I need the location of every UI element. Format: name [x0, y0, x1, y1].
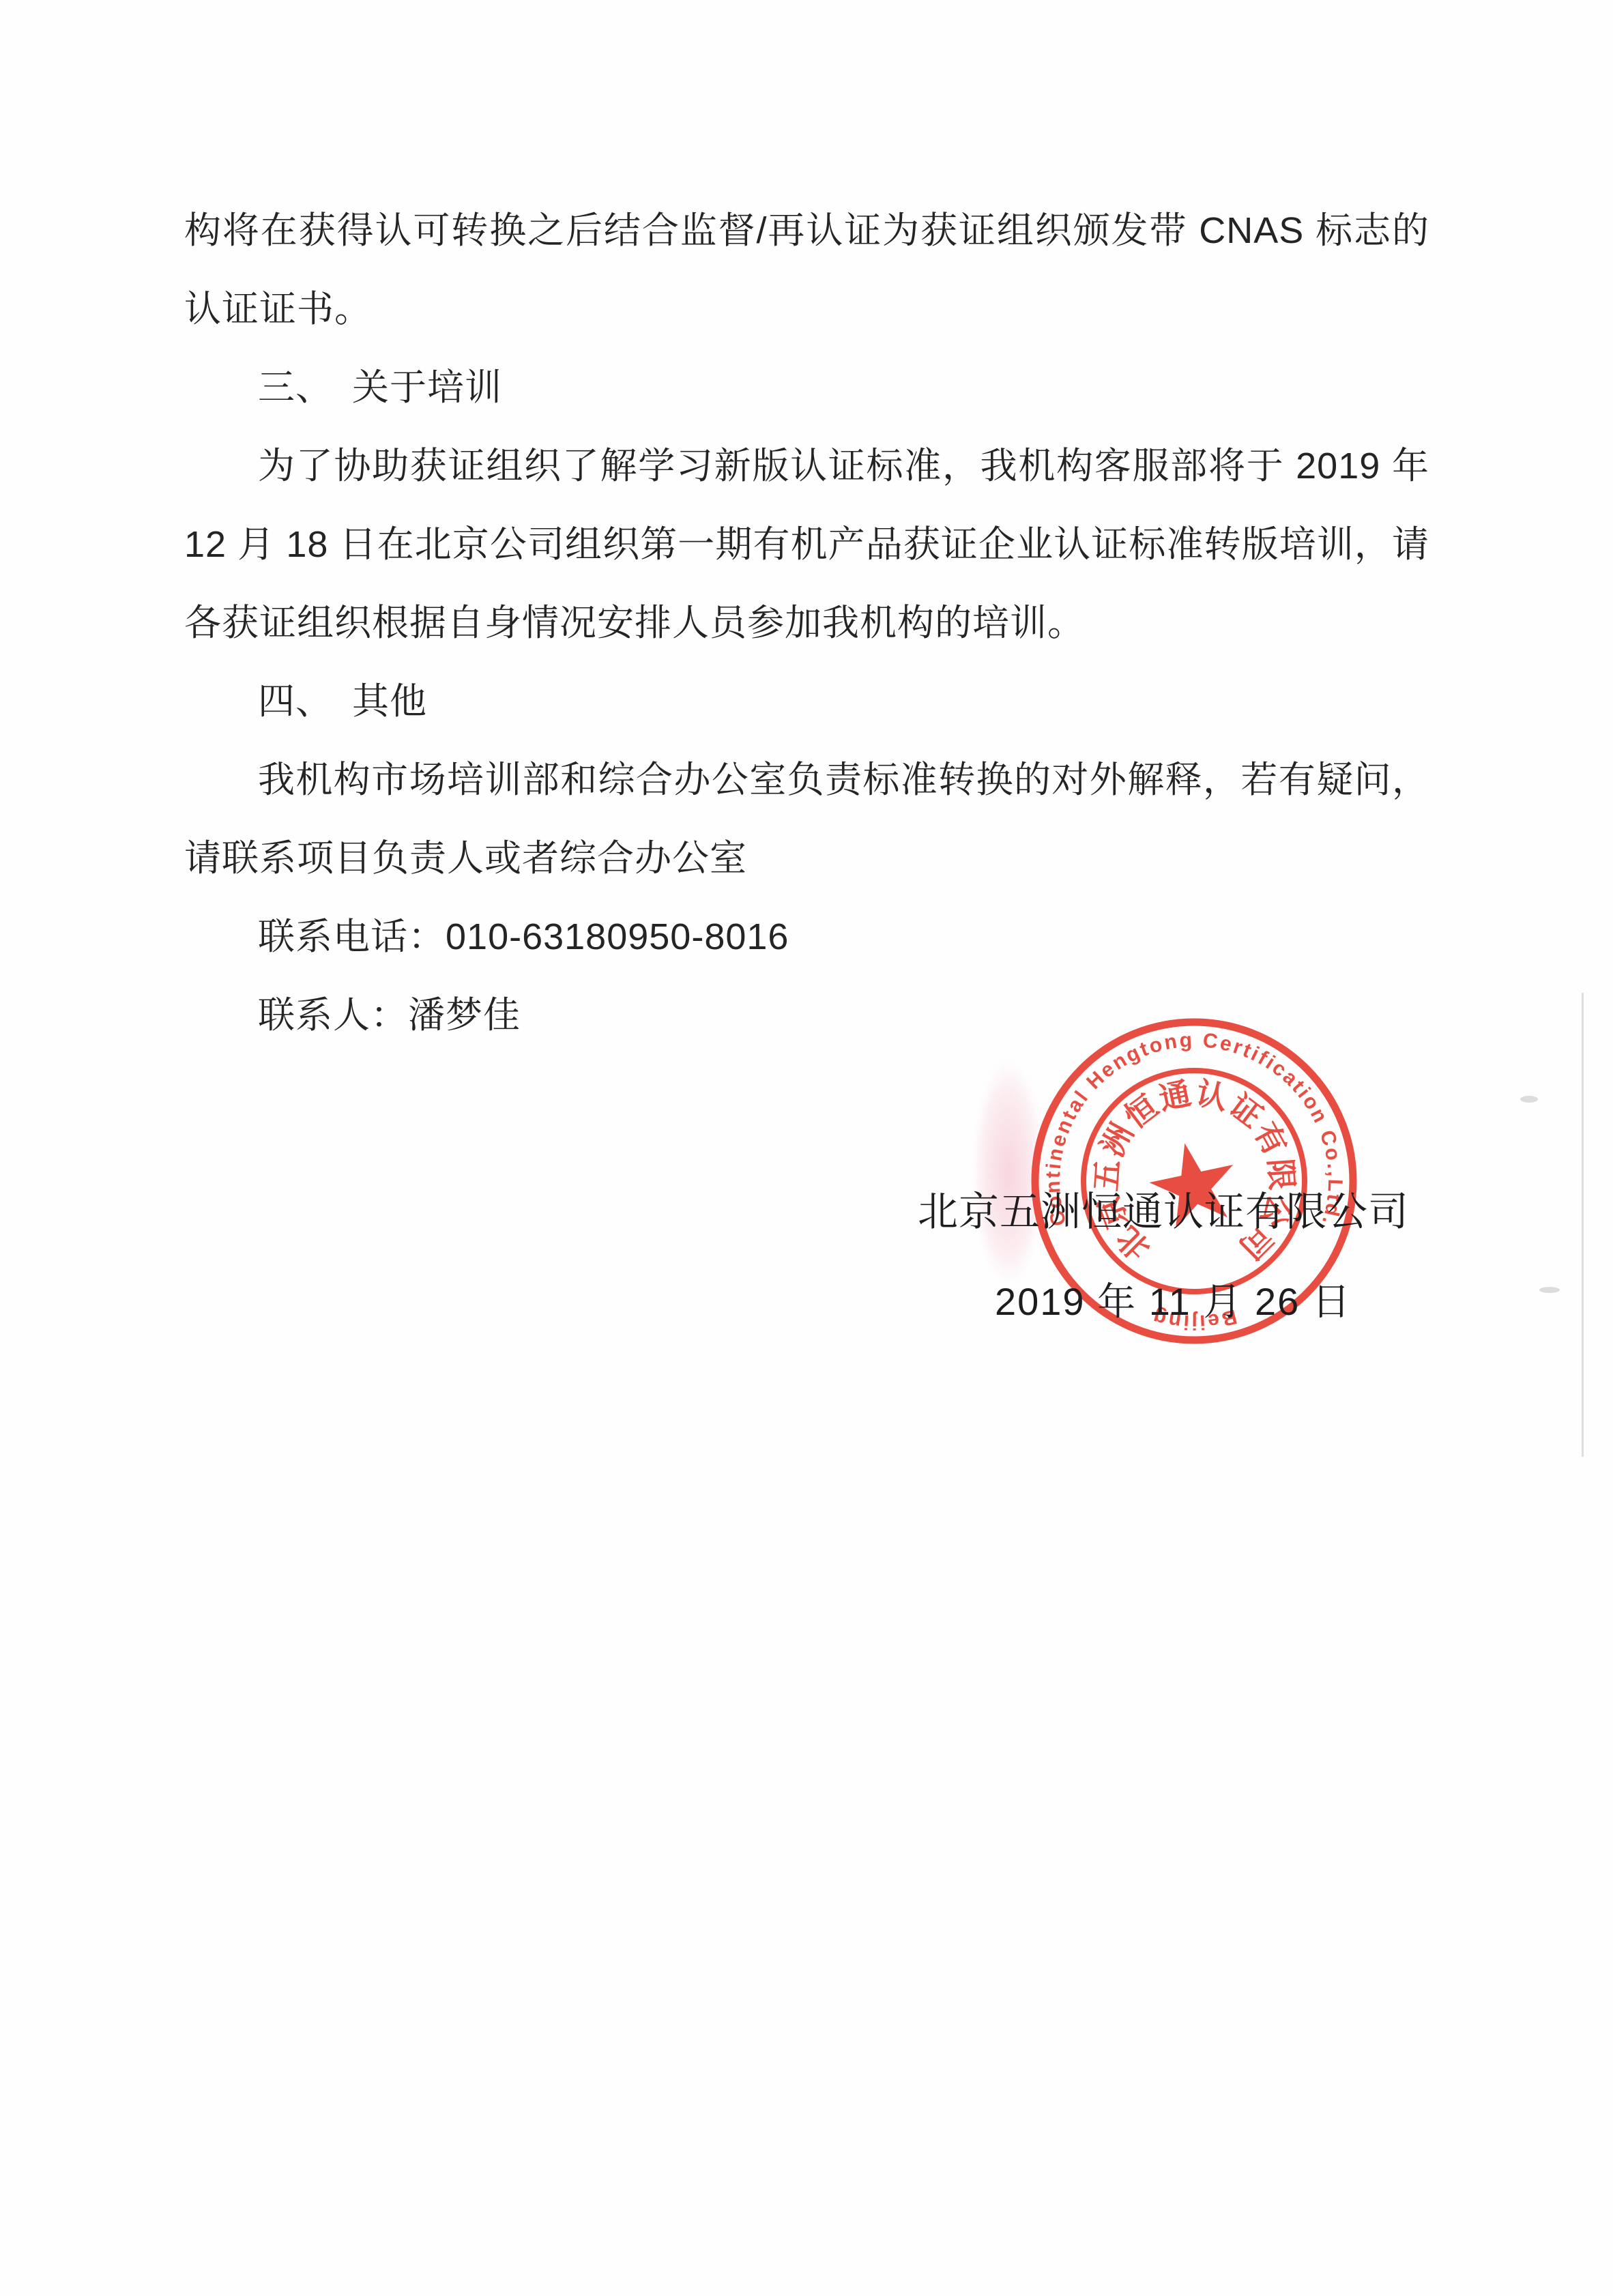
- body-line: 我机构市场培训部和综合办公室负责标准转换的对外解释，若有疑问，: [184, 756, 1429, 815]
- body-line: 各获证组织根据自身情况安排人员参加我机构的培训。: [184, 599, 1429, 658]
- contact-phone-line: 联系电话：010-63180950-8016: [184, 913, 1429, 972]
- signature-company: 北京五洲恒通认证有限公司: [918, 1179, 1409, 1237]
- body-line: 构将在获得认可转换之后结合监督/再认证为获证组织颁发带 CNAS 标志的: [184, 207, 1429, 265]
- signature-date: 2019 年 11 月 26 日: [995, 1272, 1352, 1326]
- scan-artifact-line: [1582, 993, 1584, 1457]
- body-line: 为了协助获证组织了解学习新版认证标准，我机构客服部将于 2019 年: [184, 442, 1429, 501]
- body-line: 认证证书。: [184, 285, 1429, 344]
- section-heading-3: 三、 关于培训: [184, 364, 1429, 422]
- scan-speck: [1520, 1096, 1538, 1103]
- scan-speck: [1539, 1287, 1560, 1293]
- page-background: [0, 0, 1613, 2296]
- section-heading-4: 四、 其他: [184, 678, 1429, 736]
- body-line: 请联系项目负责人或者综合办公室: [184, 834, 1429, 893]
- body-line: 12 月 18 日在北京公司组织第一期有机产品获证企业认证标准转版培训，请: [184, 521, 1429, 579]
- document-page: { "document": { "lines": [ "构将在获得认可转换之后结…: [0, 0, 1613, 2296]
